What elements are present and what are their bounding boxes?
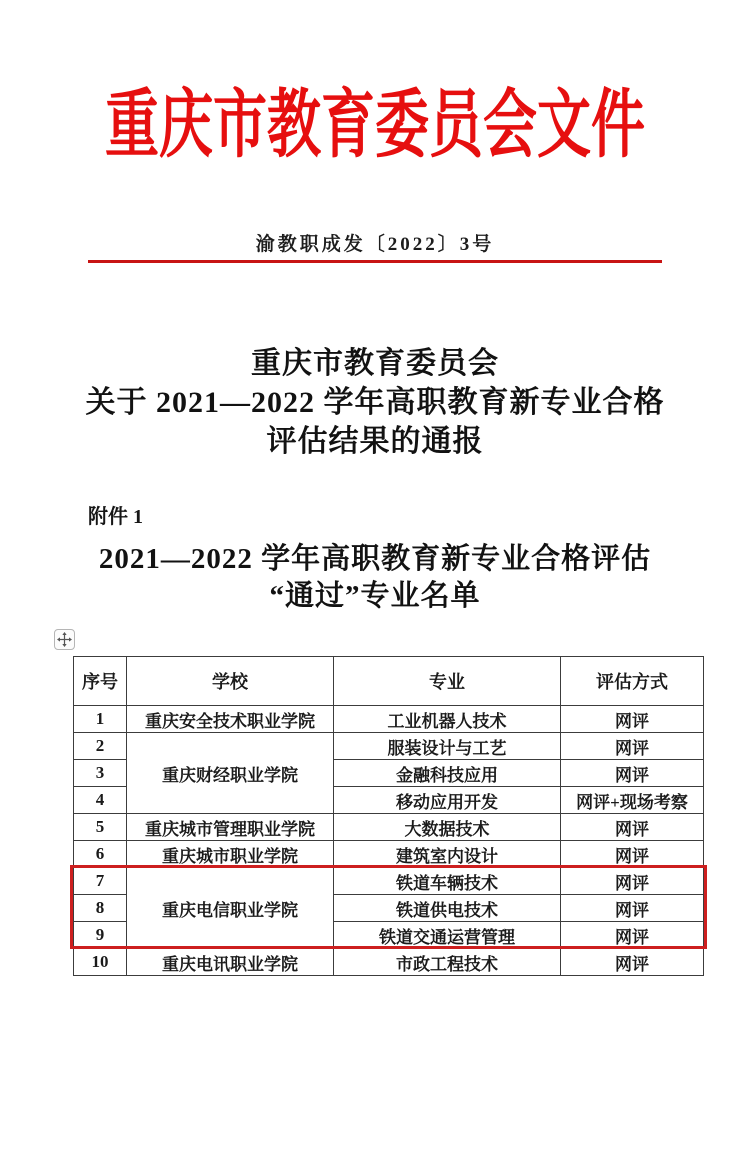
notice-title-line-1: 重庆市教育委员会: [0, 344, 750, 383]
cell-major[interactable]: 建筑室内设计: [334, 841, 561, 868]
cell-no[interactable]: 9: [74, 922, 127, 949]
cell-method[interactable]: 网评: [561, 706, 704, 733]
cell-school[interactable]: 重庆安全技术职业学院: [127, 706, 334, 733]
cell-major[interactable]: 移动应用开发: [334, 787, 561, 814]
col-header-method: 评估方式: [561, 657, 704, 706]
cell-school[interactable]: 重庆电讯职业学院: [127, 949, 334, 976]
cell-no[interactable]: 2: [74, 733, 127, 760]
move-icon: [57, 632, 72, 647]
table-row-highlighted: 7 重庆电信职业学院 铁道车辆技术 网评: [74, 868, 704, 895]
cell-method[interactable]: 网评: [561, 949, 704, 976]
notice-title-line-2: 关于 2021—2022 学年高职教育新专业合格: [0, 383, 750, 422]
cell-no[interactable]: 8: [74, 895, 127, 922]
table-row: 6 重庆城市职业学院 建筑室内设计 网评: [74, 841, 704, 868]
cell-major[interactable]: 金融科技应用: [334, 760, 561, 787]
cell-no[interactable]: 10: [74, 949, 127, 976]
cell-major[interactable]: 大数据技术: [334, 814, 561, 841]
red-separator-line: [88, 260, 662, 263]
table-row: 2 重庆财经职业学院 服装设计与工艺 网评: [74, 733, 704, 760]
col-header-no: 序号: [74, 657, 127, 706]
cell-school[interactable]: 重庆城市职业学院: [127, 841, 334, 868]
cell-major[interactable]: 工业机器人技术: [334, 706, 561, 733]
cell-method[interactable]: 网评: [561, 733, 704, 760]
cell-method[interactable]: 网评: [561, 922, 704, 949]
table-move-handle[interactable]: [54, 629, 75, 650]
cell-major[interactable]: 铁道车辆技术: [334, 868, 561, 895]
document-number: 渝教职成发〔2022〕3号: [0, 229, 750, 256]
col-header-school: 学校: [127, 657, 334, 706]
cell-major[interactable]: 铁道交通运营管理: [334, 922, 561, 949]
cell-major[interactable]: 服装设计与工艺: [334, 733, 561, 760]
table-row: 5 重庆城市管理职业学院 大数据技术 网评: [74, 814, 704, 841]
cell-no[interactable]: 5: [74, 814, 127, 841]
cell-major[interactable]: 铁道供电技术: [334, 895, 561, 922]
cell-no[interactable]: 7: [74, 868, 127, 895]
results-table: 序号 学校 专业 评估方式 1 重庆安全技术职业学院 工业机器人技术 网评 2 …: [73, 656, 704, 976]
cell-school[interactable]: 重庆城市管理职业学院: [127, 814, 334, 841]
notice-title: 重庆市教育委员会 关于 2021—2022 学年高职教育新专业合格 评估结果的通…: [0, 344, 750, 461]
cell-major[interactable]: 市政工程技术: [334, 949, 561, 976]
document-page: 重庆市教育委员会文件 渝教职成发〔2022〕3号 重庆市教育委员会 关于 202…: [0, 0, 750, 1171]
cell-no[interactable]: 1: [74, 706, 127, 733]
cell-method[interactable]: 网评: [561, 841, 704, 868]
list-title-line-1: 2021—2022 学年高职教育新专业合格评估: [0, 541, 750, 578]
cell-school[interactable]: 重庆电信职业学院: [127, 868, 334, 949]
cell-method[interactable]: 网评: [561, 814, 704, 841]
table-row: 1 重庆安全技术职业学院 工业机器人技术 网评: [74, 706, 704, 733]
cell-no[interactable]: 6: [74, 841, 127, 868]
list-title-line-2: “通过”专业名单: [0, 578, 750, 615]
table-header-row: 序号 学校 专业 评估方式: [74, 657, 704, 706]
table-row: 10 重庆电讯职业学院 市政工程技术 网评: [74, 949, 704, 976]
cell-no[interactable]: 4: [74, 787, 127, 814]
document-header-title: 重庆市教育委员会文件: [0, 66, 750, 172]
cell-no[interactable]: 3: [74, 760, 127, 787]
notice-title-line-3: 评估结果的通报: [0, 422, 750, 461]
cell-method[interactable]: 网评: [561, 760, 704, 787]
list-title: 2021—2022 学年高职教育新专业合格评估 “通过”专业名单: [0, 541, 750, 615]
cell-method[interactable]: 网评+现场考察: [561, 787, 704, 814]
col-header-major: 专业: [334, 657, 561, 706]
attachment-label: 附件 1: [88, 500, 143, 529]
cell-school[interactable]: 重庆财经职业学院: [127, 733, 334, 814]
cell-method[interactable]: 网评: [561, 895, 704, 922]
cell-method[interactable]: 网评: [561, 868, 704, 895]
